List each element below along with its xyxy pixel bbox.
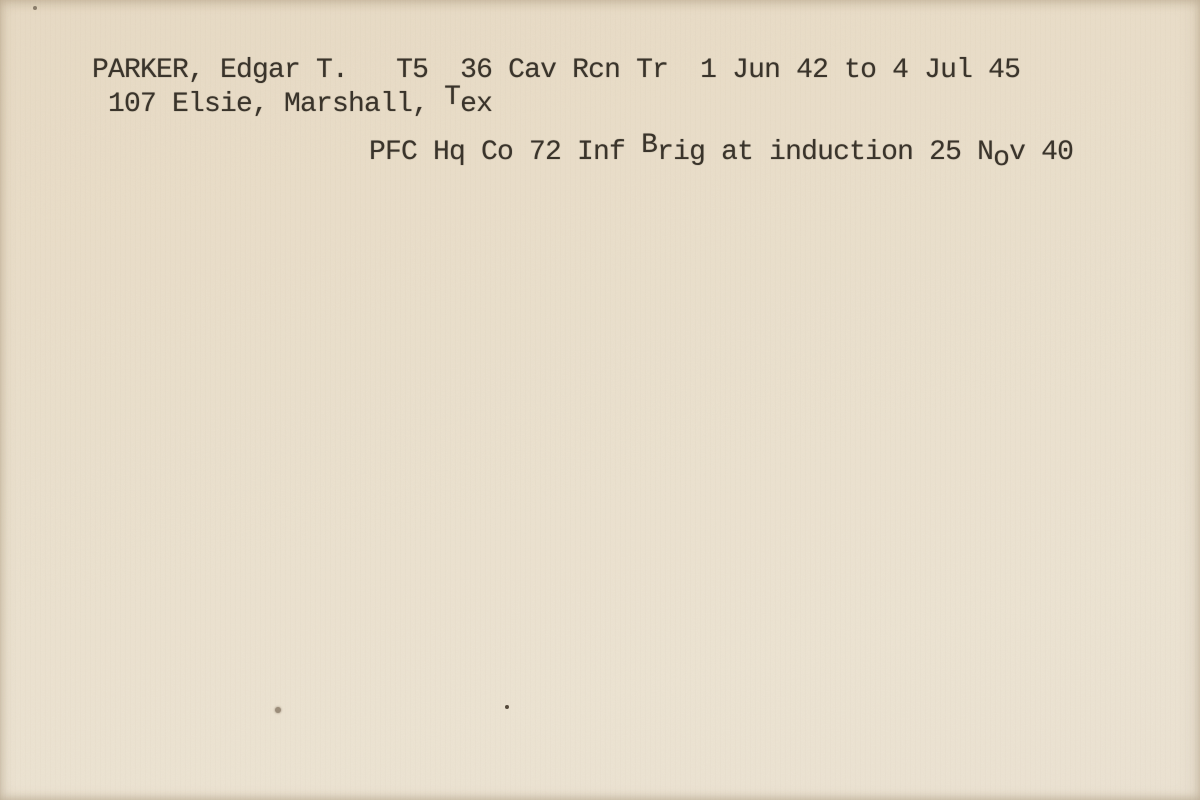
text-segment: rig at induction 25 N [657, 137, 993, 168]
text-segment: PFC Hq Co 72 Inf [369, 137, 641, 168]
text-segment-raised: T [444, 82, 460, 113]
text-segment-lowered: o [993, 143, 1009, 174]
index-card: PARKER, Edgar T. T5 36 Cav Rcn Tr 1 Jun … [0, 0, 1200, 800]
paper-speck [505, 705, 509, 709]
text-segment: v 40 [1009, 137, 1073, 168]
typed-line-induction: PFC Hq Co 72 Inf Brig at induction 25 No… [305, 111, 1073, 195]
text-segment-raised: B [641, 130, 657, 161]
paper-speck [275, 707, 281, 713]
paper-speck [33, 6, 37, 10]
